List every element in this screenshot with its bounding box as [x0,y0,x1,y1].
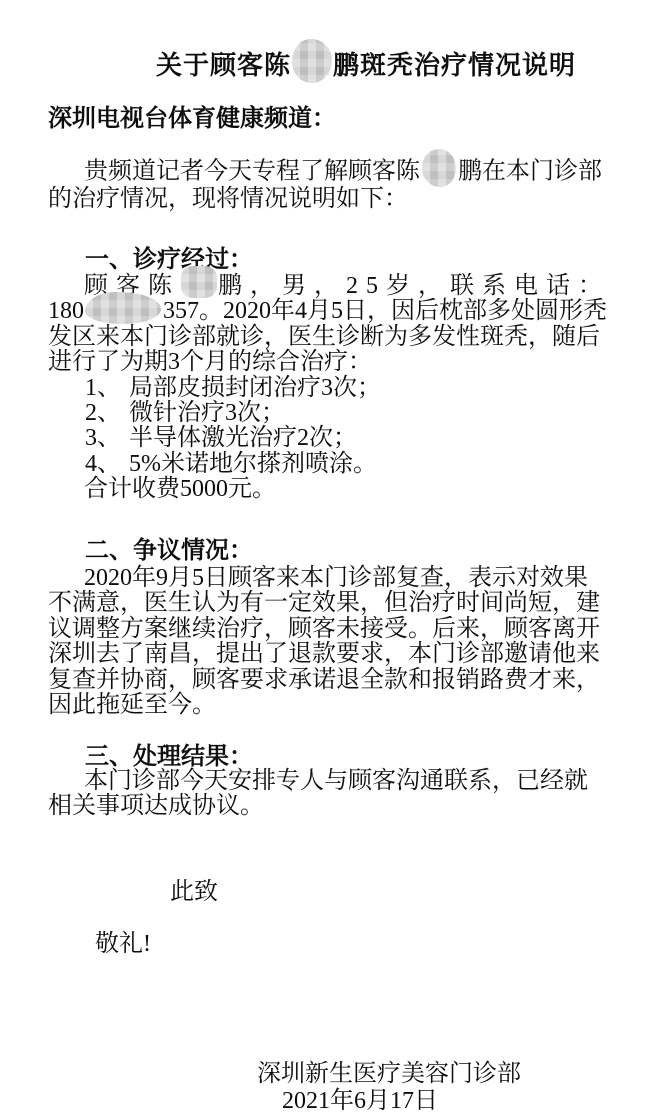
text-line: 的治疗情况，现将情况说明如下： [48,187,613,212]
redaction-blur [181,266,217,298]
title-text-post: 鹏斑秃治疗情况说明 [333,50,576,80]
recipient-salutation: 深圳电视台体育健康频道： [48,106,336,132]
item-number: 3、 [85,426,121,451]
intro-paragraph: 贵频道记者今天专程了解顾客陈鹏在本门诊部 的治疗情况，现将情况说明如下： [48,159,613,212]
section1-continuation: 发区来本门诊部就诊，医生诊断为多发性斑秃，随后进行了为期3个月的综合治疗： [48,325,613,376]
section1-body: 顾客陈鹏，男，25岁，联系电话： 180357。2020年4月5日，因后枕部多处… [48,274,613,503]
title-text-pre: 关于顾客陈 [156,50,291,80]
text-line: 贵频道记者今天专程了解顾客陈鹏在本门诊部 [48,159,613,187]
closing-salute: 此致 [170,879,218,905]
section3-body: 本门诊部今天安排专人与顾客沟通联系，已经就相关事项达成协议。 [48,769,613,820]
item-text: 局部皮损封闭治疗3次； [129,375,381,401]
treatment-item: 1、局部皮损封闭治疗3次； [48,376,613,401]
total-fee-line: 合计收费5000元。 [48,477,613,502]
item-text: 微针治疗3次； [129,400,285,426]
signature-date: 2021年6月17日 [282,1088,438,1114]
phone-line-pre: 180 [48,298,84,324]
text-line: 复查并协商，顾客要求承诺退全款和报销路费才来， [48,668,613,693]
text-line: 2020年9月5日顾客来本门诊部复查，表示对效果 [48,566,613,591]
signature-organization: 深圳新生医疗美容门诊部 [257,1061,521,1087]
phone-line: 180357。2020年4月5日，因后枕部多处圆形秃 [48,299,613,324]
redaction-blur [292,39,332,83]
closing-regards: 敬礼! [95,931,151,957]
treatment-list: 1、局部皮损封闭治疗3次；2、微针治疗3次；3、半导体激光治疗2次；4、5%米诺… [48,376,613,478]
redaction-blur [422,149,456,187]
text-line: 深圳去了南昌，提出了退款要求，本门诊部邀请他来 [48,642,613,667]
document-title: 关于顾客陈鹏斑秃治疗情况说明 [156,50,576,83]
section2-body: 2020年9月5日顾客来本门诊部复查，表示对效果不满意，医生认为有一定效果，但治… [48,566,613,718]
item-text: 5%米诺地尔搽剂喷涂。 [129,451,377,477]
section3-heading: 三、处理结果： [85,744,253,770]
intro-line1-post: 鹏在本门诊部 [458,159,602,185]
text-line: 进行了为期3个月的综合治疗： [48,350,613,375]
name-line-post: 鹏，男，25岁，联系电话： [218,273,610,299]
item-number: 2、 [85,401,121,426]
text-line: 议调整方案继续治疗，顾客未接受。后来，顾客离开 [48,617,613,642]
item-text: 半导体激光治疗2次； [129,425,357,451]
text-line: 因此拖延至今。 [48,693,613,718]
treatment-item: 4、5%米诺地尔搽剂喷涂。 [48,452,613,477]
treatment-item: 3、半导体激光治疗2次； [48,426,613,451]
section1-heading: 一、诊疗经过： [85,247,253,273]
text-line: 本门诊部今天安排专人与顾客沟通联系，已经就 [48,769,613,794]
item-number: 4、 [85,452,121,477]
section2-heading: 二、争议情况： [85,538,253,564]
document-page: 关于顾客陈鹏斑秃治疗情况说明 深圳电视台体育健康频道： 贵频道记者今天专程了解顾… [0,0,653,1114]
intro-line1-pre: 贵频道记者今天专程了解顾客陈 [84,159,420,185]
text-line: 发区来本门诊部就诊，医生诊断为多发性斑秃，随后 [48,325,613,350]
section3-paragraph: 本门诊部今天安排专人与顾客沟通联系，已经就相关事项达成协议。 [48,769,613,820]
phone-line-post: 357。2020年4月5日，因后枕部多处圆形秃 [163,298,607,324]
text-line: 相关事项达成协议。 [48,794,613,819]
redaction-blur [85,292,161,324]
text-line: 不满意，医生认为有一定效果，但治疗时间尚短，建 [48,591,613,616]
treatment-item: 2、微针治疗3次； [48,401,613,426]
item-number: 1、 [85,376,121,401]
section2-paragraph: 2020年9月5日顾客来本门诊部复查，表示对效果不满意，医生认为有一定效果，但治… [48,566,613,718]
